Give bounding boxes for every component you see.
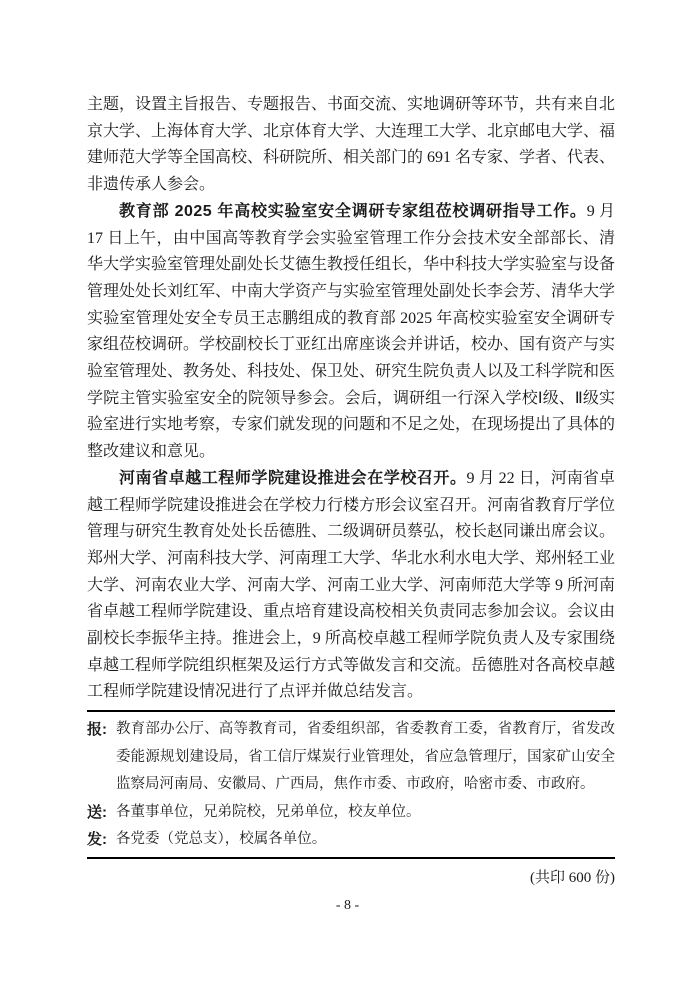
paragraph-news-item: 教育部 2025 年高校实验室安全调研专家组莅校调研指导工作。9 月 17 日上… (87, 199, 615, 466)
distribution-label: 送: (87, 799, 116, 827)
distribution-block: 报: 教育部办公厅、高等教育司，省委组织部，省委教育工委，省教育厅，省发改委能源… (87, 710, 615, 859)
print-count: (共印 600 份) (87, 866, 615, 890)
news-item-heading: 河南省卓越工程师学院建设推进会在学校召开。 (119, 470, 467, 487)
distribution-row-song: 送: 各董事单位，兄弟院校，兄弟单位，校友单位。 (87, 799, 615, 827)
distribution-text: 各董事单位，兄弟院校，兄弟单位，校友单位。 (116, 799, 615, 827)
paragraph-continuation: 主题，设置主旨报告、专题报告、书面交流、实地调研等环节，共有来自北京大学、上海体… (87, 92, 615, 199)
paragraph-text: 主题，设置主旨报告、专题报告、书面交流、实地调研等环节，共有来自北京大学、上海体… (87, 96, 615, 193)
news-item-heading: 教育部 2025 年高校实验室安全调研专家组莅校调研指导工作。 (119, 203, 587, 220)
paragraph-news-item: 河南省卓越工程师学院建设推进会在学校召开。9 月 22 日，河南省卓越工程师学院… (87, 466, 615, 706)
document-content: 主题，设置主旨报告、专题报告、书面交流、实地调研等环节，共有来自北京大学、上海体… (87, 92, 615, 890)
distribution-text: 各党委（党总支），校属各单位。 (116, 826, 615, 854)
distribution-row-fa: 发: 各党委（党总支），校属各单位。 (87, 826, 615, 854)
distribution-label: 报: (87, 716, 116, 744)
distribution-label: 发: (87, 826, 116, 854)
paragraph-text: 9 月 17 日上午，由中国高等教育学会实验室管理工作分会技术安全部部长、清华大… (87, 203, 615, 460)
page-number: - 8 - (0, 898, 695, 914)
distribution-text: 教育部办公厅、高等教育司，省委组织部，省委教育工委，省教育厅，省发改委能源规划建… (116, 716, 615, 799)
distribution-row-bao: 报: 教育部办公厅、高等教育司，省委组织部，省委教育工委，省教育厅，省发改委能源… (87, 716, 615, 799)
paragraph-text: 9 月 22 日，河南省卓越工程师学院建设推进会在学校力行楼方形会议室召开。河南… (87, 470, 615, 701)
document-page: 主题，设置主旨报告、专题报告、书面交流、实地调研等环节，共有来自北京大学、上海体… (0, 0, 695, 983)
